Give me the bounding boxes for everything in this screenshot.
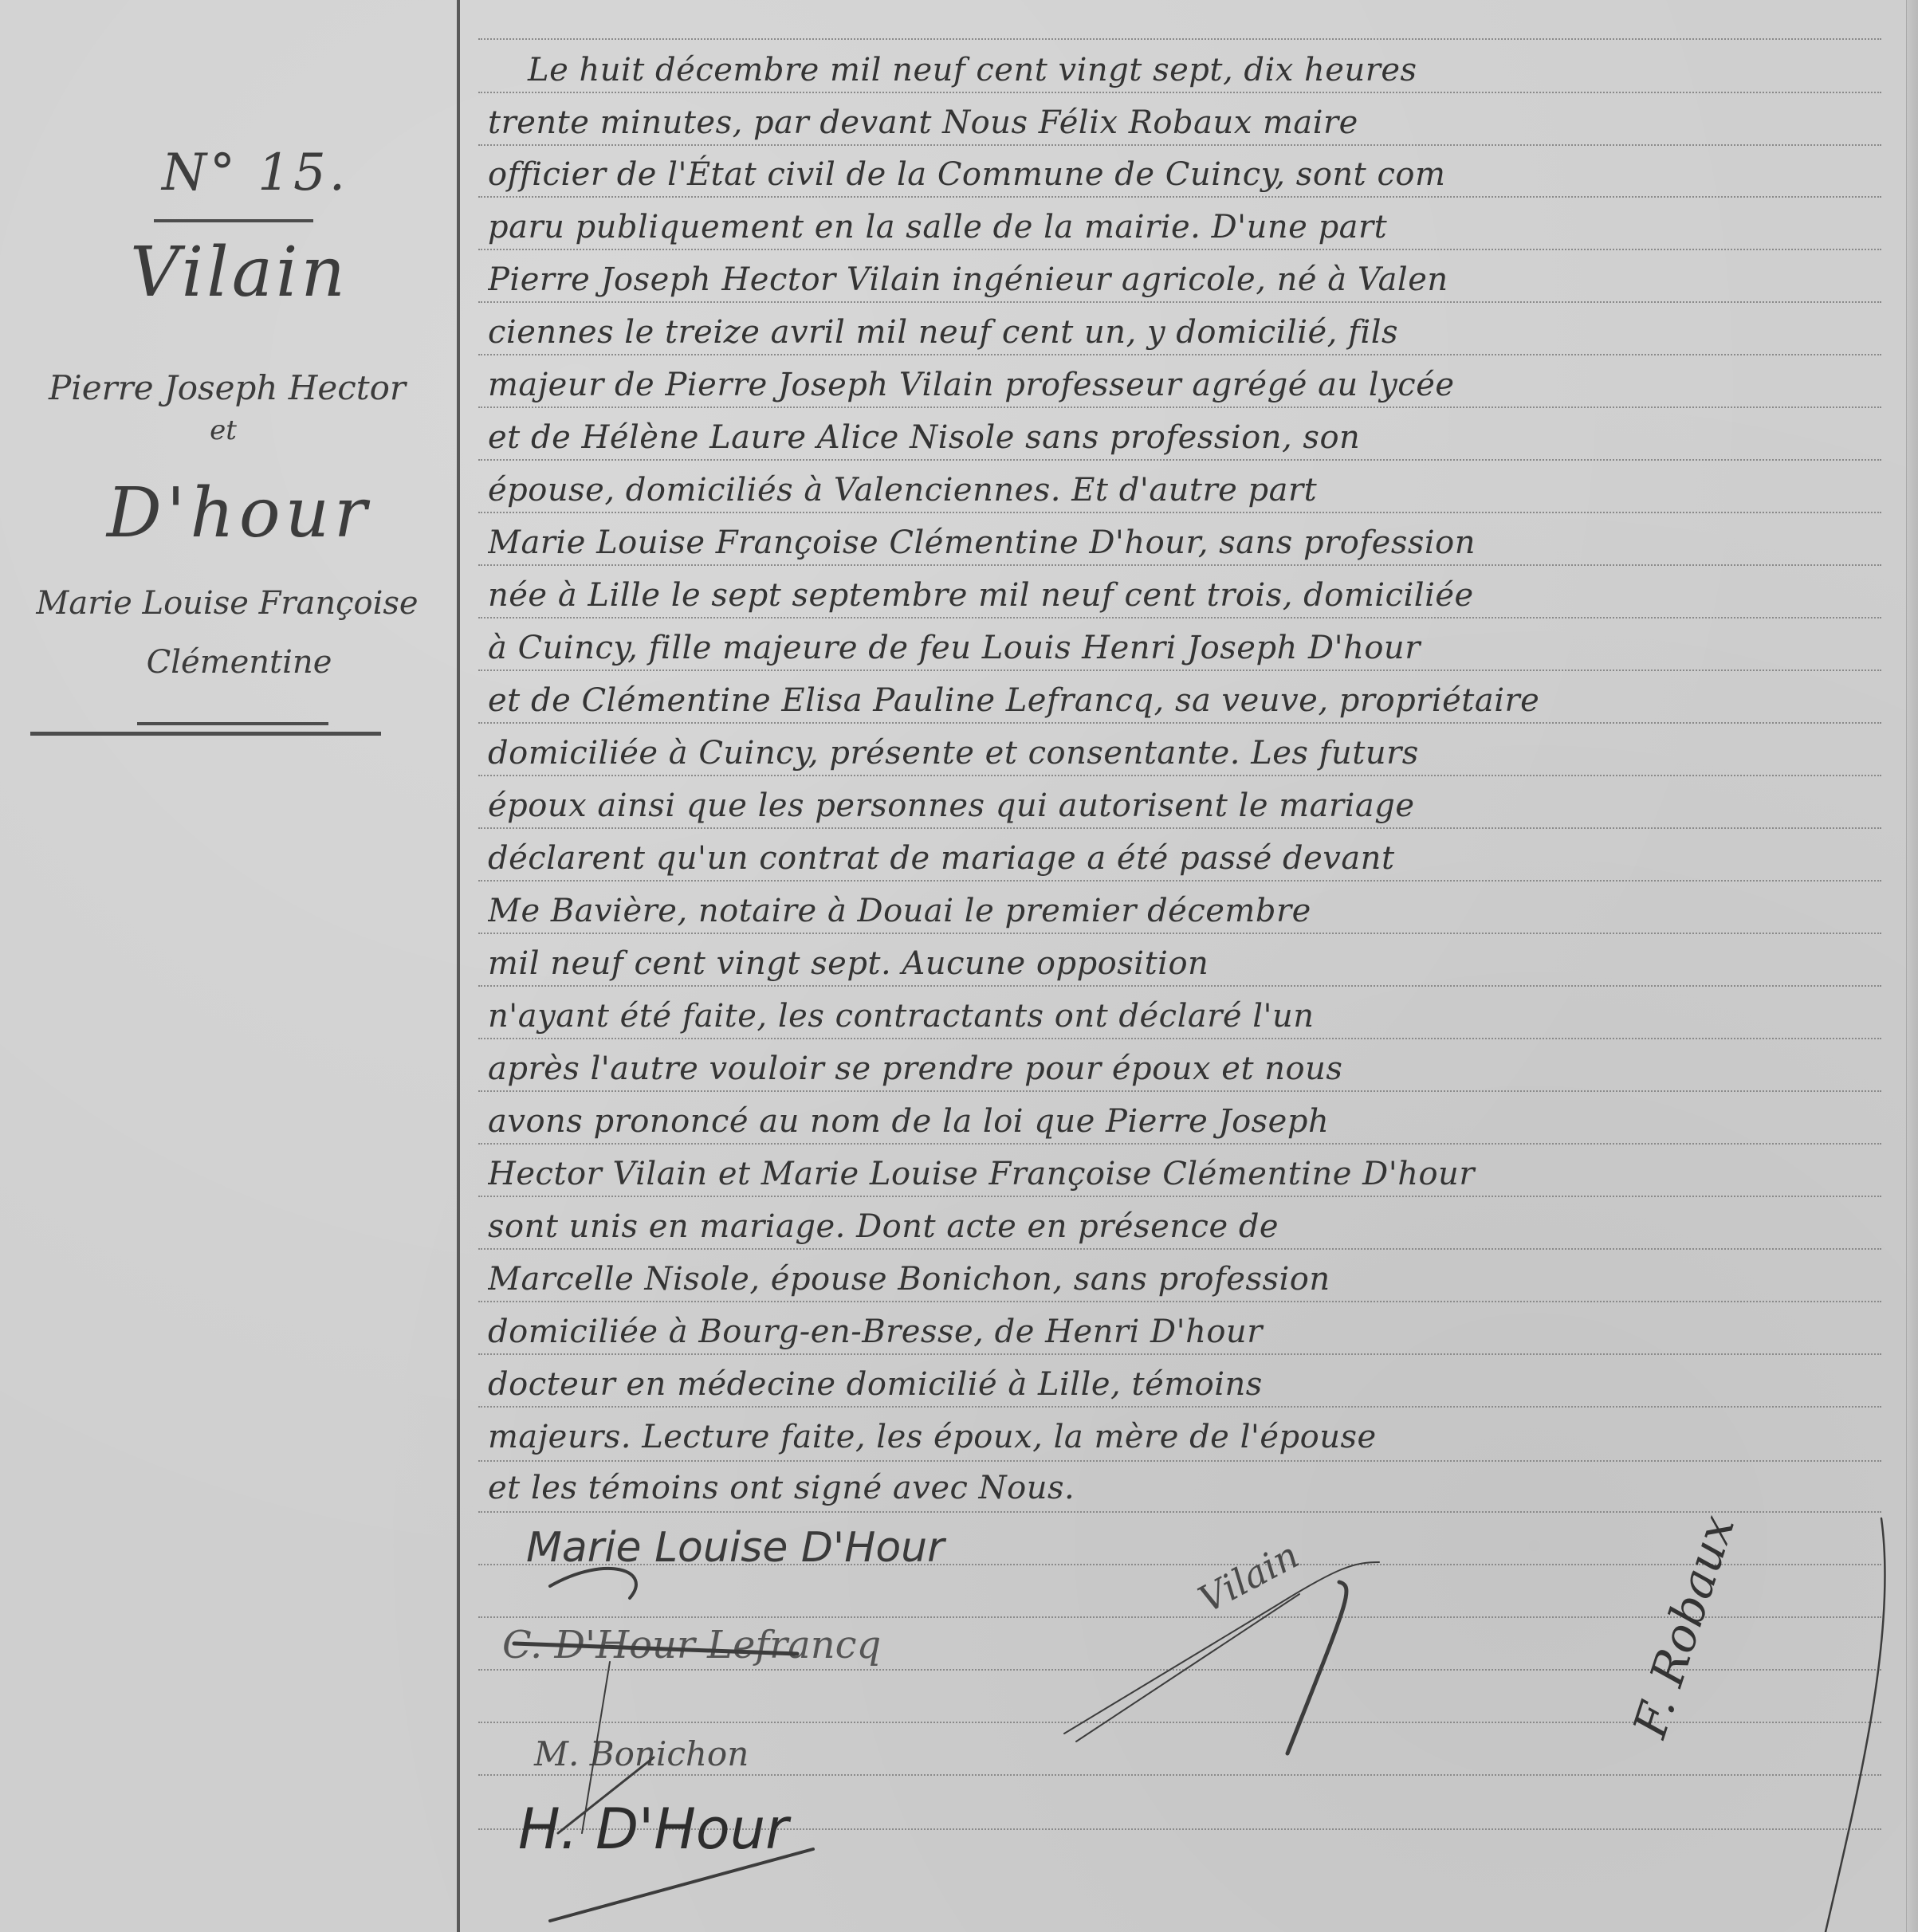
- signature-flourishes: [0, 0, 1918, 1932]
